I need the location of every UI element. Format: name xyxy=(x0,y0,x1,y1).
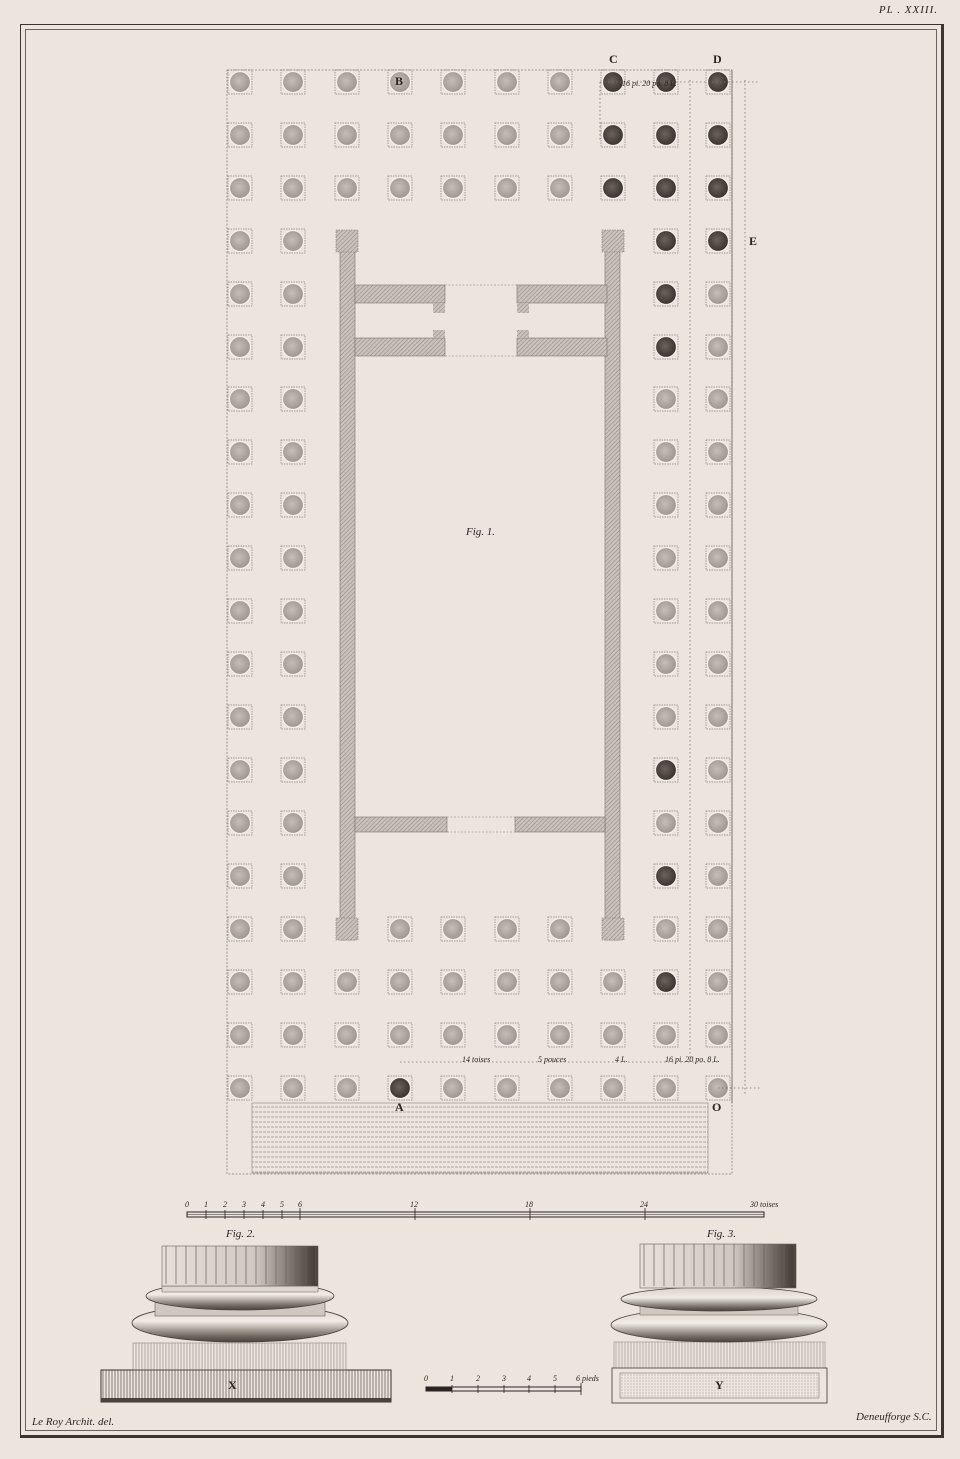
label-e: E xyxy=(749,234,757,249)
column xyxy=(230,760,251,781)
column xyxy=(283,760,304,781)
scale-tick: 4 xyxy=(261,1200,265,1209)
scale-tick: 0 xyxy=(185,1200,189,1209)
signature-architect: Le Roy Archit. del. xyxy=(32,1416,114,1428)
column xyxy=(656,707,677,728)
column xyxy=(603,1025,624,1046)
column xyxy=(390,919,411,940)
signature-engraver: Deneufforge S.C. xyxy=(856,1411,932,1423)
column xyxy=(283,919,304,940)
column xyxy=(550,178,571,199)
column xyxy=(230,389,251,410)
column xyxy=(656,389,677,410)
column xyxy=(550,1078,571,1099)
dim-pouces: 5 pouces xyxy=(538,1055,566,1064)
column xyxy=(337,972,358,993)
column xyxy=(708,178,729,199)
cella-walls xyxy=(336,230,624,940)
small-scale-end-label: 6 pieds xyxy=(576,1374,599,1383)
column xyxy=(230,601,251,622)
scale-end-label: 30 toises xyxy=(750,1200,778,1209)
column xyxy=(230,813,251,834)
column xyxy=(550,72,571,93)
scale-tick: 18 xyxy=(525,1200,533,1209)
column xyxy=(283,337,304,358)
column xyxy=(656,919,677,940)
column xyxy=(230,1025,251,1046)
label-c: C xyxy=(609,52,618,67)
column xyxy=(283,707,304,728)
column xyxy=(230,972,251,993)
small-scale-tick: 4 xyxy=(527,1374,531,1383)
dim-toises: 14 toises xyxy=(462,1055,490,1064)
column xyxy=(230,231,251,252)
main-scale-bar xyxy=(187,1208,764,1220)
column xyxy=(230,125,251,146)
column xyxy=(497,125,518,146)
column xyxy=(443,1078,464,1099)
label-o: O xyxy=(712,1100,721,1115)
column xyxy=(390,178,411,199)
column xyxy=(283,866,304,887)
column xyxy=(390,125,411,146)
column xyxy=(337,1078,358,1099)
dim-lignes: 4 L. xyxy=(615,1055,627,1064)
column xyxy=(230,866,251,887)
small-scale-tick: 1 xyxy=(450,1374,454,1383)
column xyxy=(708,231,729,252)
fig3-base-label: Y xyxy=(715,1378,724,1393)
column xyxy=(497,1025,518,1046)
column xyxy=(443,72,464,93)
column xyxy=(283,231,304,252)
column xyxy=(230,178,251,199)
scale-tick: 1 xyxy=(204,1200,208,1209)
column xyxy=(443,125,464,146)
column xyxy=(283,284,304,305)
column xyxy=(497,72,518,93)
column xyxy=(283,495,304,516)
dim-top: 16 pi. 20 po. 8 L. xyxy=(622,79,677,88)
temple-floor-plan xyxy=(0,0,960,1459)
column xyxy=(656,178,677,199)
scale-tick: 12 xyxy=(410,1200,418,1209)
column xyxy=(497,972,518,993)
column xyxy=(656,442,677,463)
column xyxy=(603,972,624,993)
column xyxy=(230,284,251,305)
column xyxy=(283,548,304,569)
column xyxy=(550,125,571,146)
column xyxy=(230,442,251,463)
small-scale-tick: 0 xyxy=(424,1374,428,1383)
column xyxy=(443,972,464,993)
label-b: B xyxy=(395,74,403,89)
column xyxy=(708,760,729,781)
column xyxy=(708,601,729,622)
column xyxy=(708,654,729,675)
column xyxy=(390,1025,411,1046)
column xyxy=(230,337,251,358)
column xyxy=(656,125,677,146)
fig1-label: Fig. 1. xyxy=(466,526,495,538)
column xyxy=(337,1025,358,1046)
column xyxy=(656,1078,677,1099)
column xyxy=(230,707,251,728)
column xyxy=(337,125,358,146)
column xyxy=(708,337,729,358)
column xyxy=(230,72,251,93)
column xyxy=(337,72,358,93)
column xyxy=(708,389,729,410)
column xyxy=(708,125,729,146)
column xyxy=(283,1025,304,1046)
scale-tick: 5 xyxy=(280,1200,284,1209)
column xyxy=(708,284,729,305)
column xyxy=(497,919,518,940)
column xyxy=(283,125,304,146)
column xyxy=(603,125,624,146)
column xyxy=(497,178,518,199)
column xyxy=(656,495,677,516)
column xyxy=(230,654,251,675)
column xyxy=(708,495,729,516)
fig2-column-base xyxy=(101,1246,391,1402)
fig2-base-label: X xyxy=(228,1378,237,1393)
column xyxy=(656,760,677,781)
column xyxy=(230,919,251,940)
column xyxy=(708,919,729,940)
column xyxy=(656,231,677,252)
column xyxy=(656,601,677,622)
column xyxy=(550,919,571,940)
column xyxy=(550,1025,571,1046)
small-scale-tick: 5 xyxy=(553,1374,557,1383)
small-scale-tick: 2 xyxy=(476,1374,480,1383)
column xyxy=(283,72,304,93)
column xyxy=(283,601,304,622)
column xyxy=(708,972,729,993)
column xyxy=(708,866,729,887)
column xyxy=(656,284,677,305)
scale-tick: 6 xyxy=(298,1200,302,1209)
column xyxy=(656,866,677,887)
column xyxy=(283,389,304,410)
small-scale-bar xyxy=(426,1383,581,1395)
column xyxy=(550,972,571,993)
column xyxy=(656,1025,677,1046)
scale-tick: 2 xyxy=(223,1200,227,1209)
small-scale-tick: 3 xyxy=(502,1374,506,1383)
column xyxy=(497,1078,518,1099)
fig2-label: Fig. 2. xyxy=(226,1228,255,1240)
column xyxy=(656,813,677,834)
column xyxy=(283,654,304,675)
column xyxy=(230,495,251,516)
column xyxy=(390,1078,411,1099)
column xyxy=(656,654,677,675)
dim-corner: 16 pi. 20 po. 8 L. xyxy=(665,1055,720,1064)
column xyxy=(443,178,464,199)
column xyxy=(337,178,358,199)
scale-tick: 3 xyxy=(242,1200,246,1209)
fig3-label: Fig. 3. xyxy=(707,1228,736,1240)
column xyxy=(230,1078,251,1099)
column xyxy=(708,707,729,728)
column xyxy=(283,972,304,993)
column xyxy=(603,178,624,199)
column xyxy=(443,919,464,940)
column xyxy=(283,1078,304,1099)
label-d: D xyxy=(713,52,722,67)
column xyxy=(656,972,677,993)
column xyxy=(283,442,304,463)
column xyxy=(230,548,251,569)
peristyle-columns xyxy=(228,70,730,1100)
column xyxy=(443,1025,464,1046)
label-a: A xyxy=(395,1100,404,1115)
column xyxy=(708,813,729,834)
column xyxy=(283,178,304,199)
column xyxy=(708,548,729,569)
column xyxy=(708,1025,729,1046)
column xyxy=(708,442,729,463)
column xyxy=(656,548,677,569)
scale-tick: 24 xyxy=(640,1200,648,1209)
column xyxy=(603,1078,624,1099)
column xyxy=(656,337,677,358)
column xyxy=(390,972,411,993)
column xyxy=(283,813,304,834)
